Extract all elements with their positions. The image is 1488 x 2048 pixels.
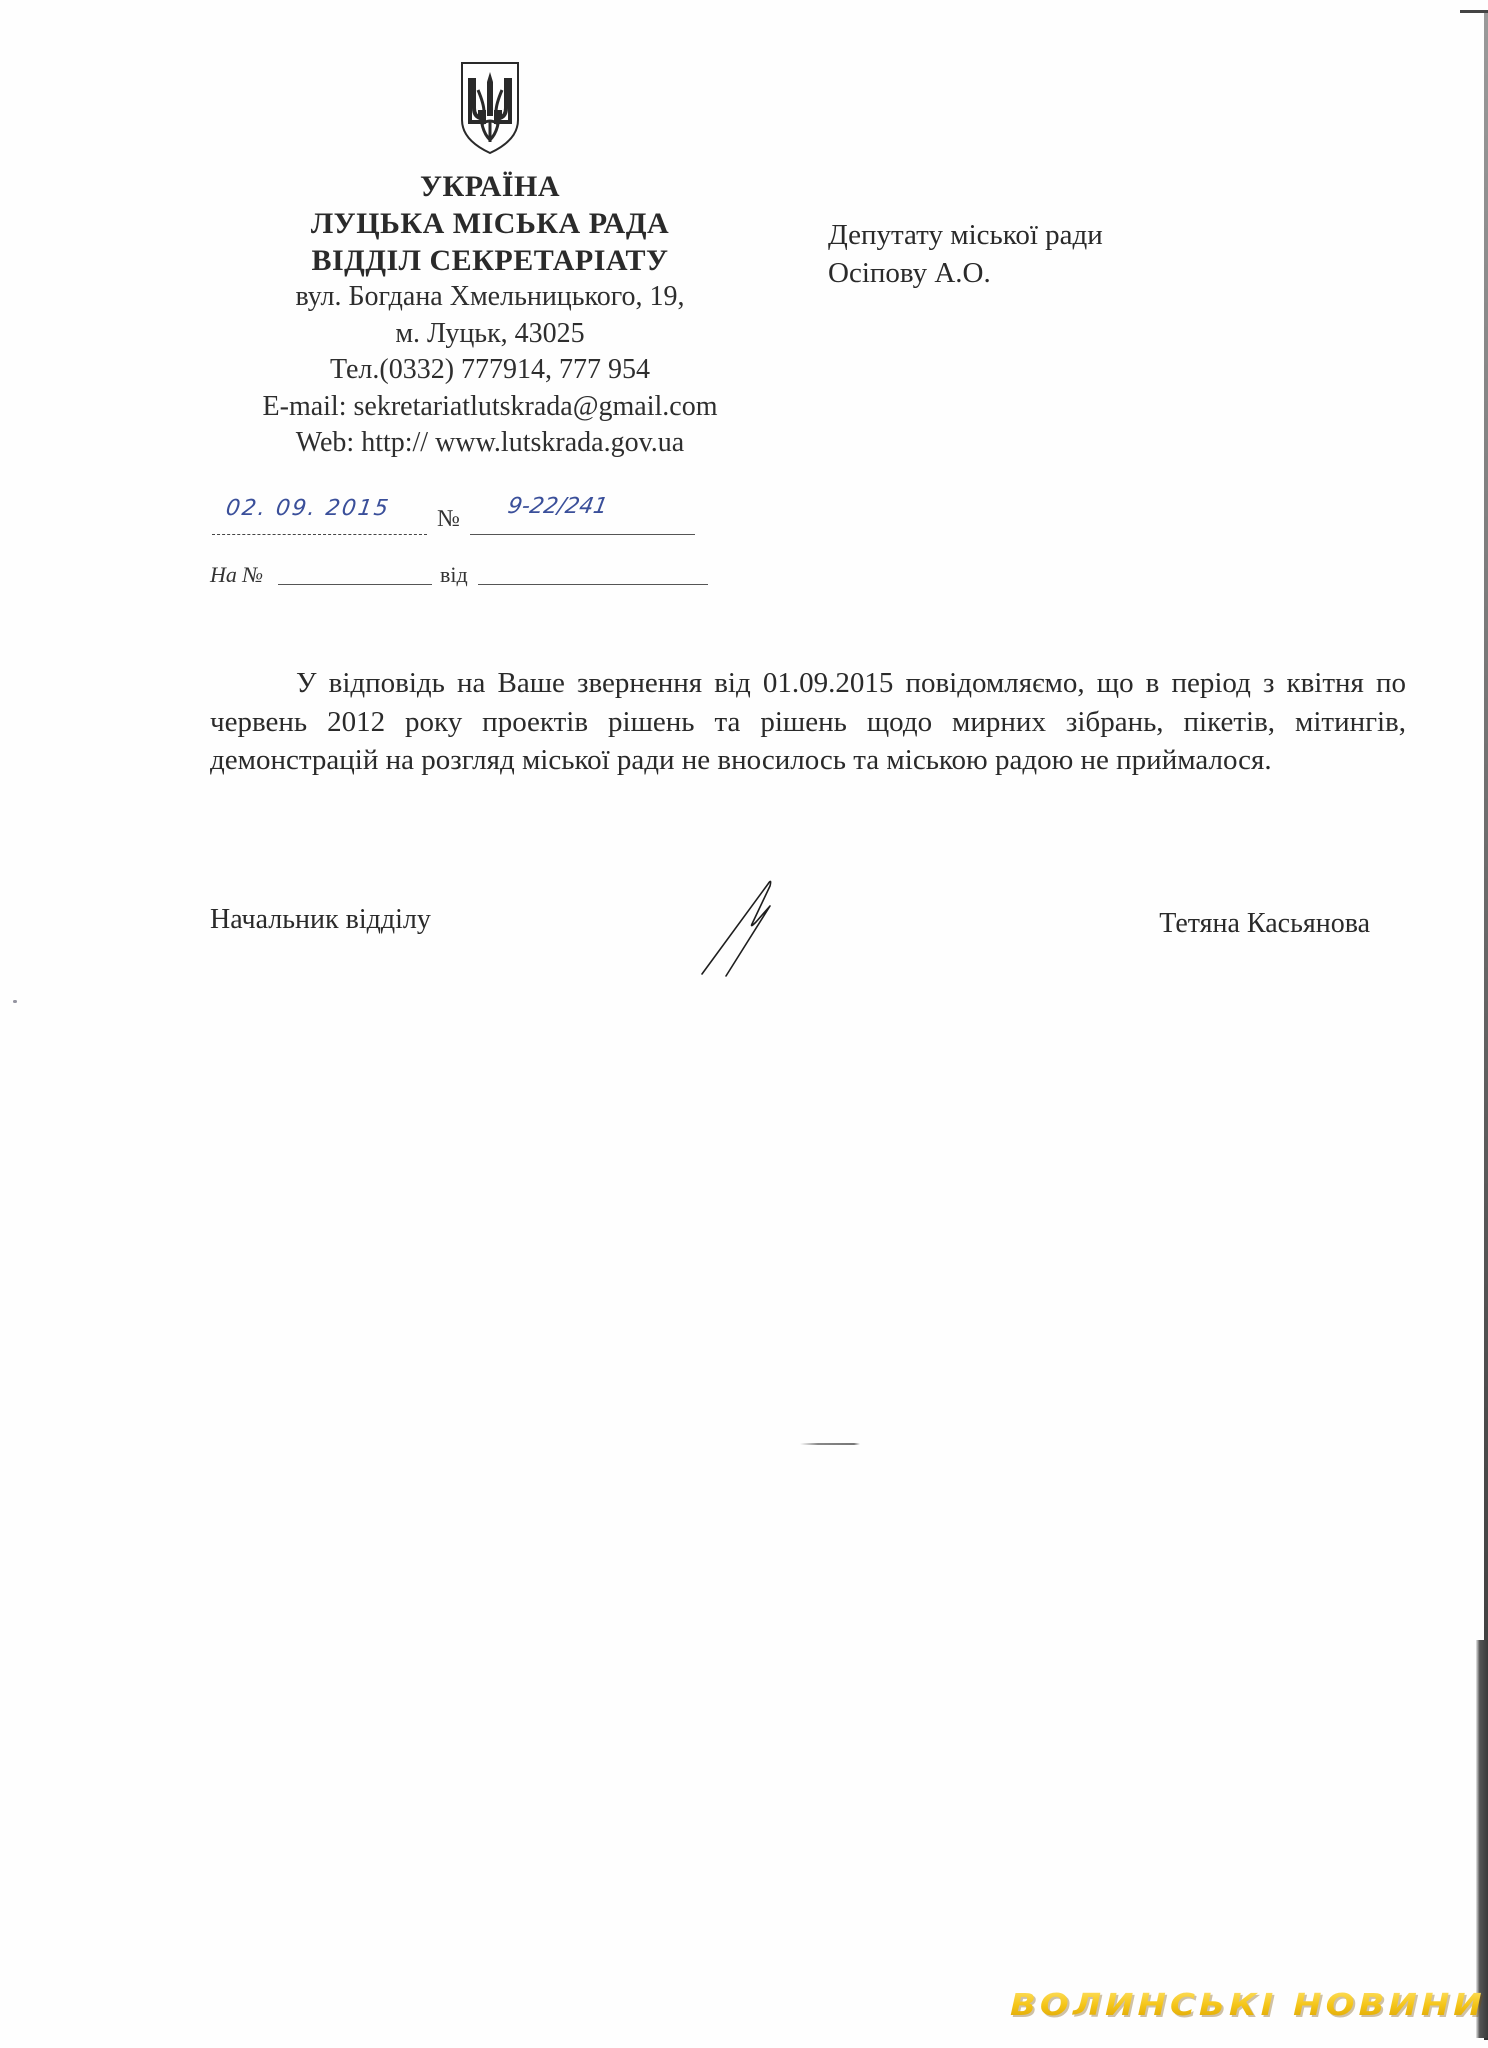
signature-icon <box>700 878 820 978</box>
incoming-reference: На № від <box>210 558 730 590</box>
outgoing-registration: 02. 09. 2015 № 9-22/241 <box>212 500 712 540</box>
letterhead-city: м. Луцьк, 43025 <box>190 316 790 353</box>
trident-coat-of-arms-icon <box>458 60 522 156</box>
letterhead-council: ЛУЦЬКА МІСЬКА РАДА <box>190 205 790 242</box>
letterhead: УКРАЇНА ЛУЦЬКА МІСЬКА РАДА ВІДДІЛ СЕКРЕТ… <box>190 60 790 462</box>
reference-number-field <box>278 558 432 585</box>
letterhead-web: Web: http:// www.lutskrada.gov.ua <box>190 425 790 462</box>
outgoing-number-label: № <box>437 506 460 533</box>
scan-edge-top <box>1460 10 1488 13</box>
letter-body: У відповідь на Ваше звернення від 01.09.… <box>210 664 1406 780</box>
letterhead-phone: Тел.(0332) 777914, 777 954 <box>190 352 790 389</box>
outgoing-number-field: 9-22/241 <box>470 500 695 535</box>
letter-paragraph: У відповідь на Ваше звернення від 01.09.… <box>210 667 1406 776</box>
scan-edge-bottom-shadow <box>1476 1640 1488 2038</box>
letterhead-email: E-mail: sekretariatlutskrada@gmail.com <box>190 389 790 426</box>
outgoing-date-handwritten: 02. 09. 2015 <box>224 496 391 521</box>
letterhead-country: УКРАЇНА <box>190 168 790 205</box>
scan-artifact-line <box>800 1443 860 1445</box>
outgoing-date-field: 02. 09. 2015 <box>212 500 427 535</box>
signer-name: Тетяна Касьянова <box>1159 908 1370 940</box>
addressee-name: Осіпову А.О. <box>828 254 1103 292</box>
signer-title: Начальник відділу <box>210 904 431 936</box>
reference-from-field <box>478 558 708 585</box>
addressee-position: Депутату міської ради <box>828 216 1103 254</box>
reference-number-label: На № <box>210 562 263 588</box>
outgoing-number-handwritten: 9-22/241 <box>506 494 610 519</box>
letterhead-street: вул. Богдана Хмельницького, 19, <box>190 279 790 316</box>
letterhead-department: ВІДДІЛ СЕКРЕТАРІАТУ <box>190 242 790 279</box>
watermark-logo: ВОЛИНСЬКІ НОВИНИ <box>1010 1987 1486 2023</box>
signature-block: Начальник відділу Тетяна Касьянова <box>210 900 1370 980</box>
addressee-block: Депутату міської ради Осіпову А.О. <box>828 216 1103 292</box>
document-page: УКРАЇНА ЛУЦЬКА МІСЬКА РАДА ВІДДІЛ СЕКРЕТ… <box>0 0 1488 2048</box>
scan-artifact-dot <box>13 1000 17 1003</box>
reference-from-label: від <box>440 562 468 588</box>
